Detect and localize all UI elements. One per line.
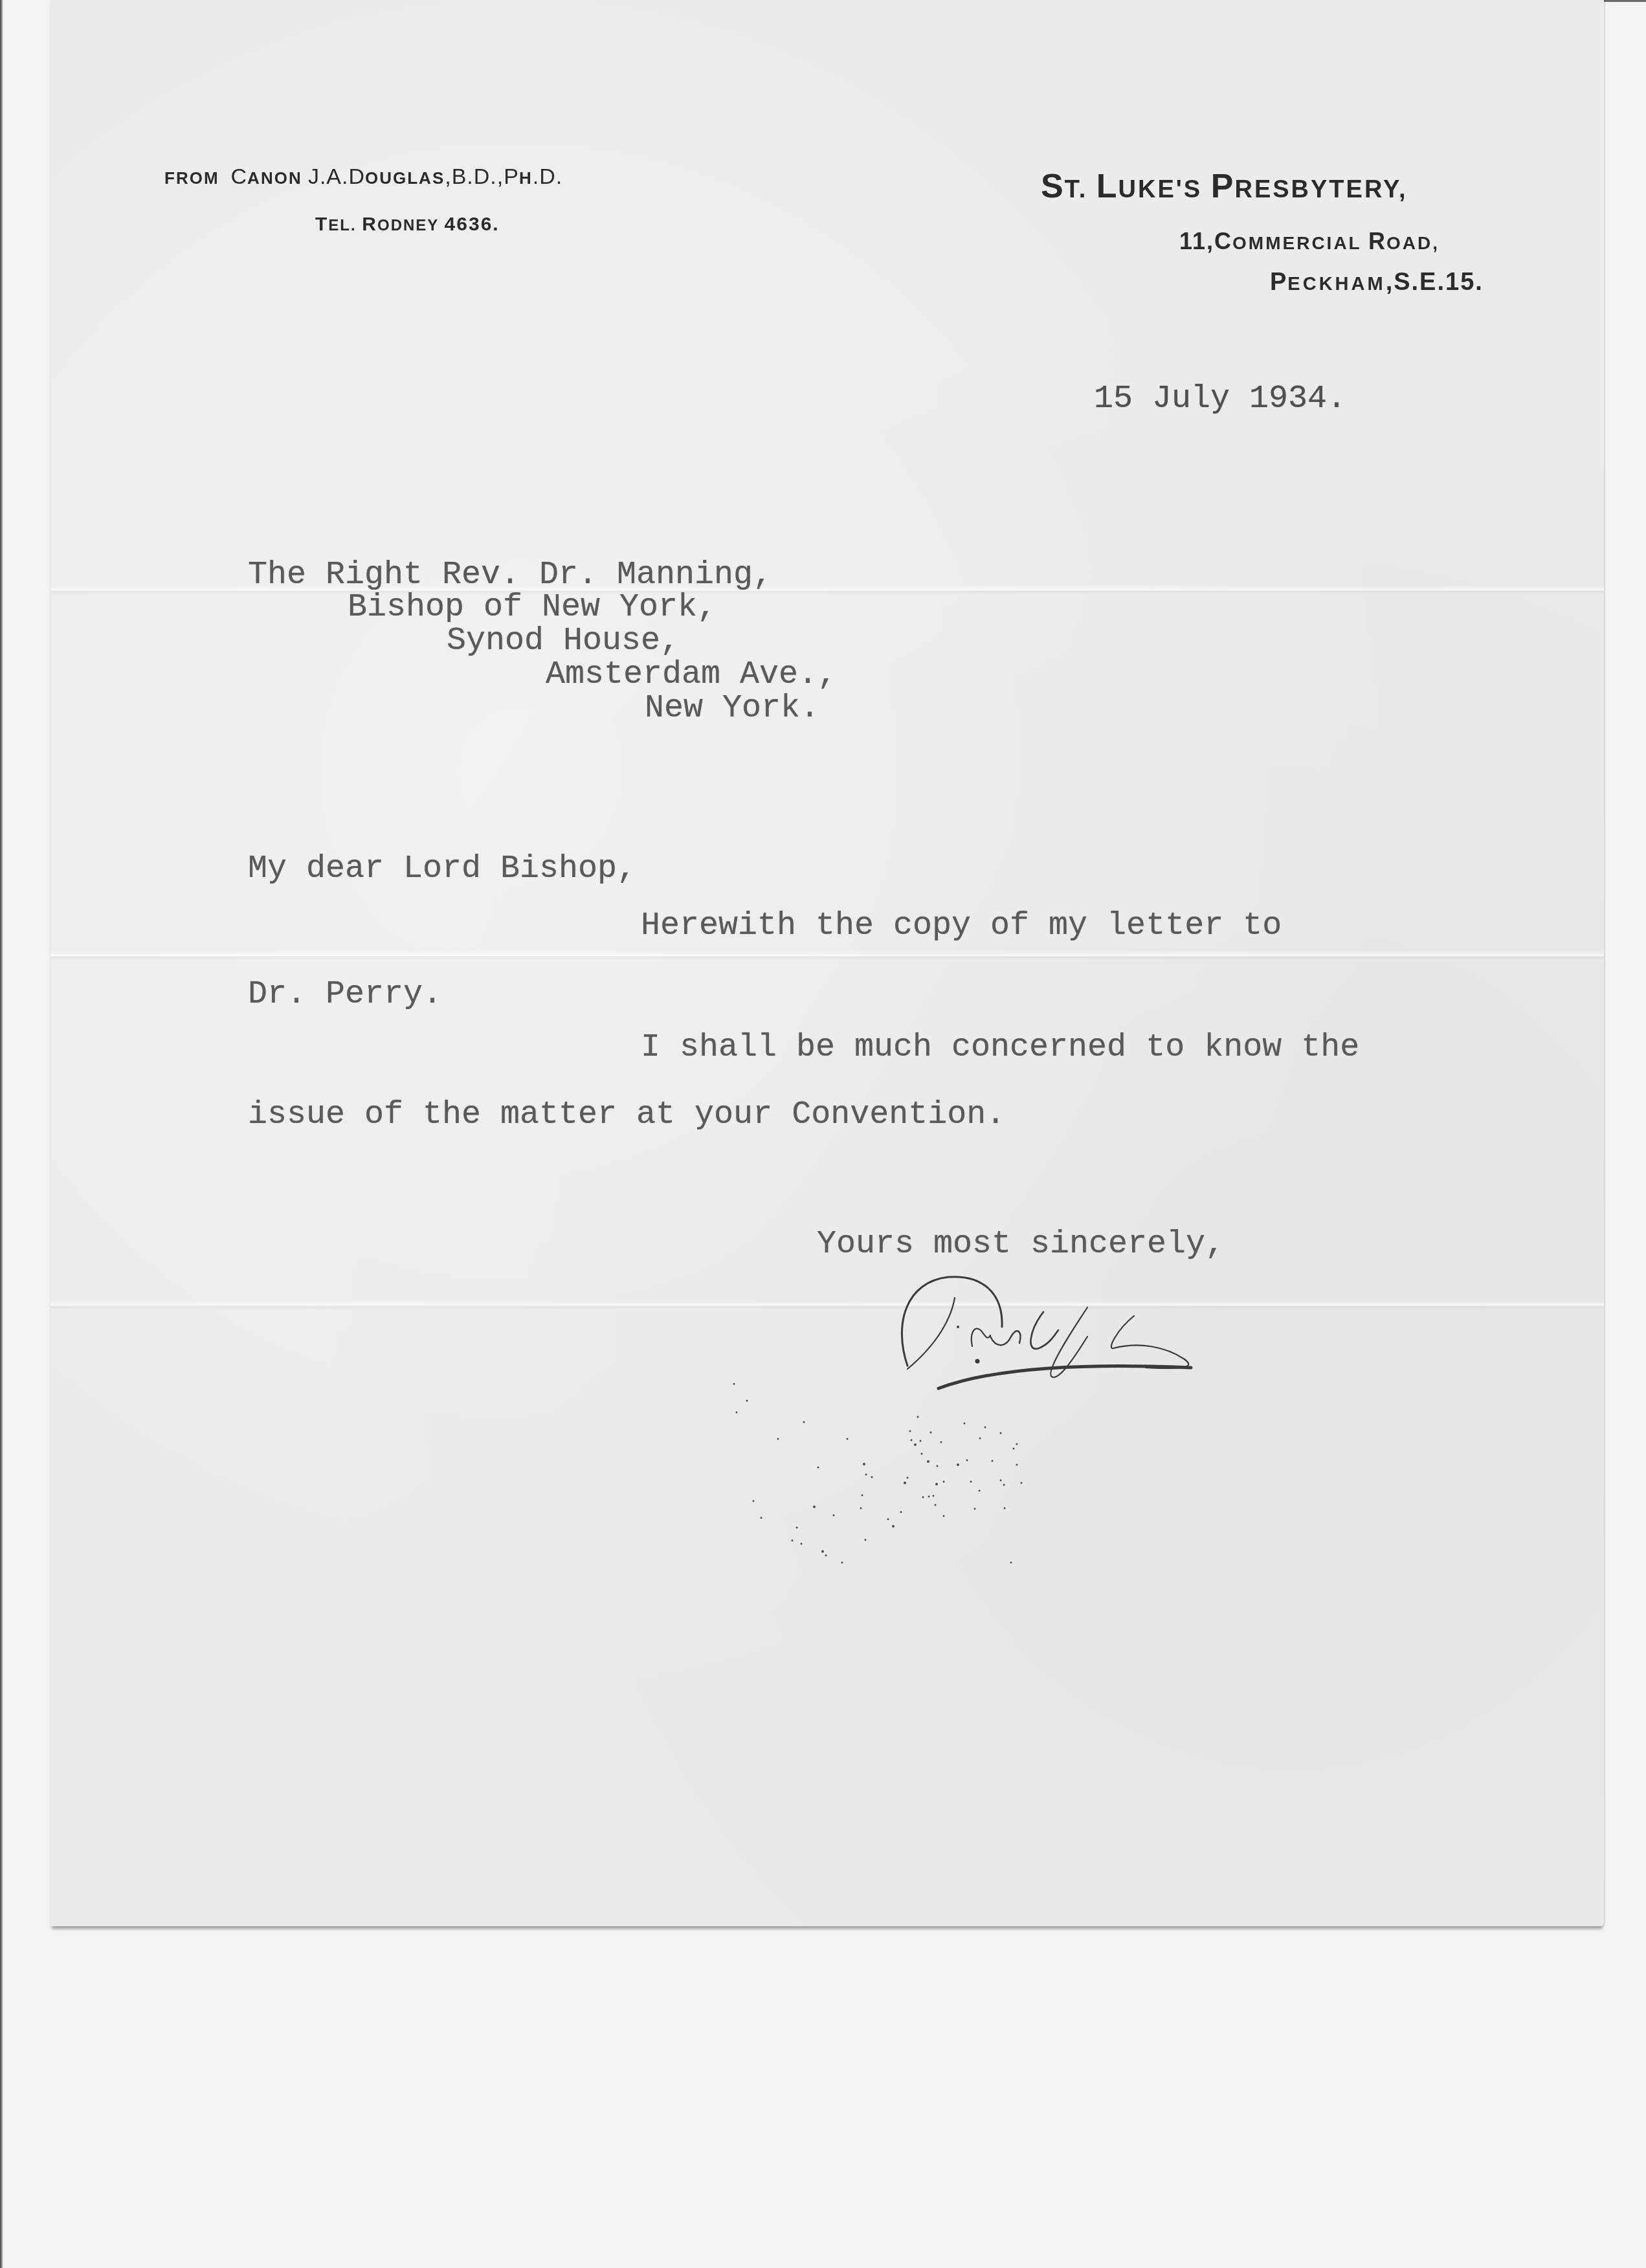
recipient-line: Synod House, [447,625,680,658]
org-text: S [1041,168,1065,205]
sender-initial: C [231,164,248,189]
org-text: L [1096,168,1118,205]
org-text: UKE'S [1118,176,1211,203]
org-text: RESBYTERY, [1234,176,1407,203]
recipient-line: New York. [645,693,819,725]
letterhead-sender: FROMCANON J.A.DOUGLAS,B.D.,PH.D. [164,164,562,190]
body-line: Herewith the copy of my letter to [641,910,1282,942]
body-line: Dr. Perry. [248,979,442,1011]
ink-specks [712,1372,1113,1573]
tel-text: EL. [328,217,362,234]
addr-text: P [1270,269,1287,296]
sender-text: ANON [247,168,308,188]
recipient-line: Bishop of New York, [348,592,717,624]
sender-degree: ,B.D.,P [445,164,519,189]
letter-date: 15 July 1934. [1094,383,1346,416]
from-label: FROM [164,168,219,188]
addr-text: C [1214,228,1232,254]
org-text: T. [1065,176,1096,203]
addr-text: OAD, [1386,233,1440,253]
paper-fold [50,951,1604,961]
addr-text: ,S.E.15. [1386,269,1484,296]
closing: Yours most sincerely, [817,1228,1225,1261]
recipient-line: The Right Rev. Dr. Manning, [248,559,772,592]
tel-text: T [315,214,328,235]
org-text: P [1211,168,1235,205]
scan-edge [0,0,3,2268]
body-line: I shall be much concerned to know the [641,1032,1359,1064]
addr-text: 11, [1179,228,1214,254]
addr-text: R [1368,228,1386,254]
sender-degree: .D. [533,164,562,189]
sender-degree: H [519,168,533,188]
body-line: issue of the matter at your Convention. [248,1099,1005,1131]
letterhead-address-line1: 11,COMMERCIAL ROAD, [1179,228,1440,255]
recipient-line: Amsterdam Ave., [546,659,837,691]
scan-edge-top [1604,0,1646,2]
addr-text: OMMERCIAL [1232,233,1368,253]
letterhead-organization: ST. LUKE'S PRESBYTERY, [1041,167,1408,206]
addr-text: ECKHAM [1287,274,1385,295]
tel-text: R [362,214,377,235]
sender-surname: OUGLAS [365,168,445,188]
tel-text: ODNEY [377,217,445,234]
sender-initials: J.A.D [308,164,365,189]
paper-fold [50,1301,1604,1310]
salutation: My dear Lord Bishop, [248,853,636,885]
letterhead-address-line2: PECKHAM,S.E.15. [1270,269,1484,296]
letterhead-telephone: TEL. RODNEY 4636. [315,214,500,236]
tel-number: 4636. [445,214,500,235]
